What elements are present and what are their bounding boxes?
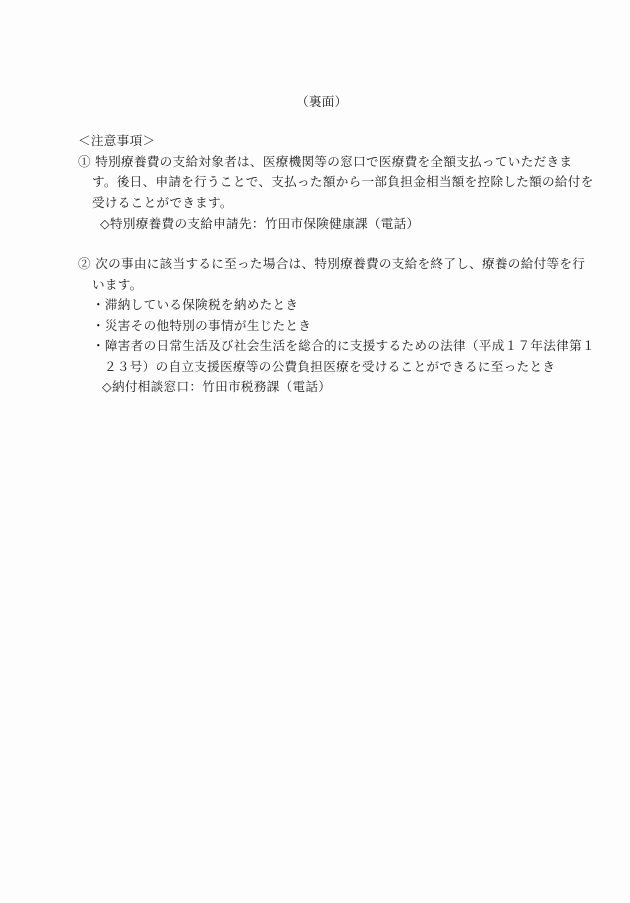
item1-line-1: ① 特別療養費の支給対象者は、医療機関等の窓口で医療費を全額支払っていただきま [78, 154, 572, 170]
item2-line-1: ② 次の事由に該当するに至った場合は、特別療養費の支給を終了し、療養の給付等を行 [78, 256, 585, 272]
notes-heading: ＜注意事項＞ [78, 133, 155, 149]
item1-line-2: す。後日、申請を行うことで、支払った額から一部負担金相当額を控除した額の給付を [92, 174, 594, 190]
page-side-label: （裏面） [296, 94, 348, 110]
document-page: （裏面） ＜注意事項＞ ① 特別療養費の支給対象者は、医療機関等の窓口で医療費を… [0, 0, 630, 903]
item2-bullet-1: ・滞納している保険税を納めたとき [92, 297, 298, 313]
item2-bullet-3-continuation: ２３号）の自立支援医療等の公費負担医療を受けることができるに至ったとき [104, 359, 555, 375]
item2-bullet-3: ・障害者の日常生活及び社会生活を総合的に支援するための法律（平成１７年法律第１ [92, 338, 595, 354]
item2-contact: ◇納付相談窓口：竹田市税務課（電話） [102, 379, 331, 395]
item2-bullet-2: ・災害その他特別の事情が生じたとき [92, 318, 311, 334]
item1-line-3: 受けることができます。 [92, 195, 233, 211]
item1-contact: ◇特別療養費の支給申請先：竹田市保険健康課（電話） [100, 216, 419, 232]
item2-line-2: います。 [92, 277, 143, 293]
